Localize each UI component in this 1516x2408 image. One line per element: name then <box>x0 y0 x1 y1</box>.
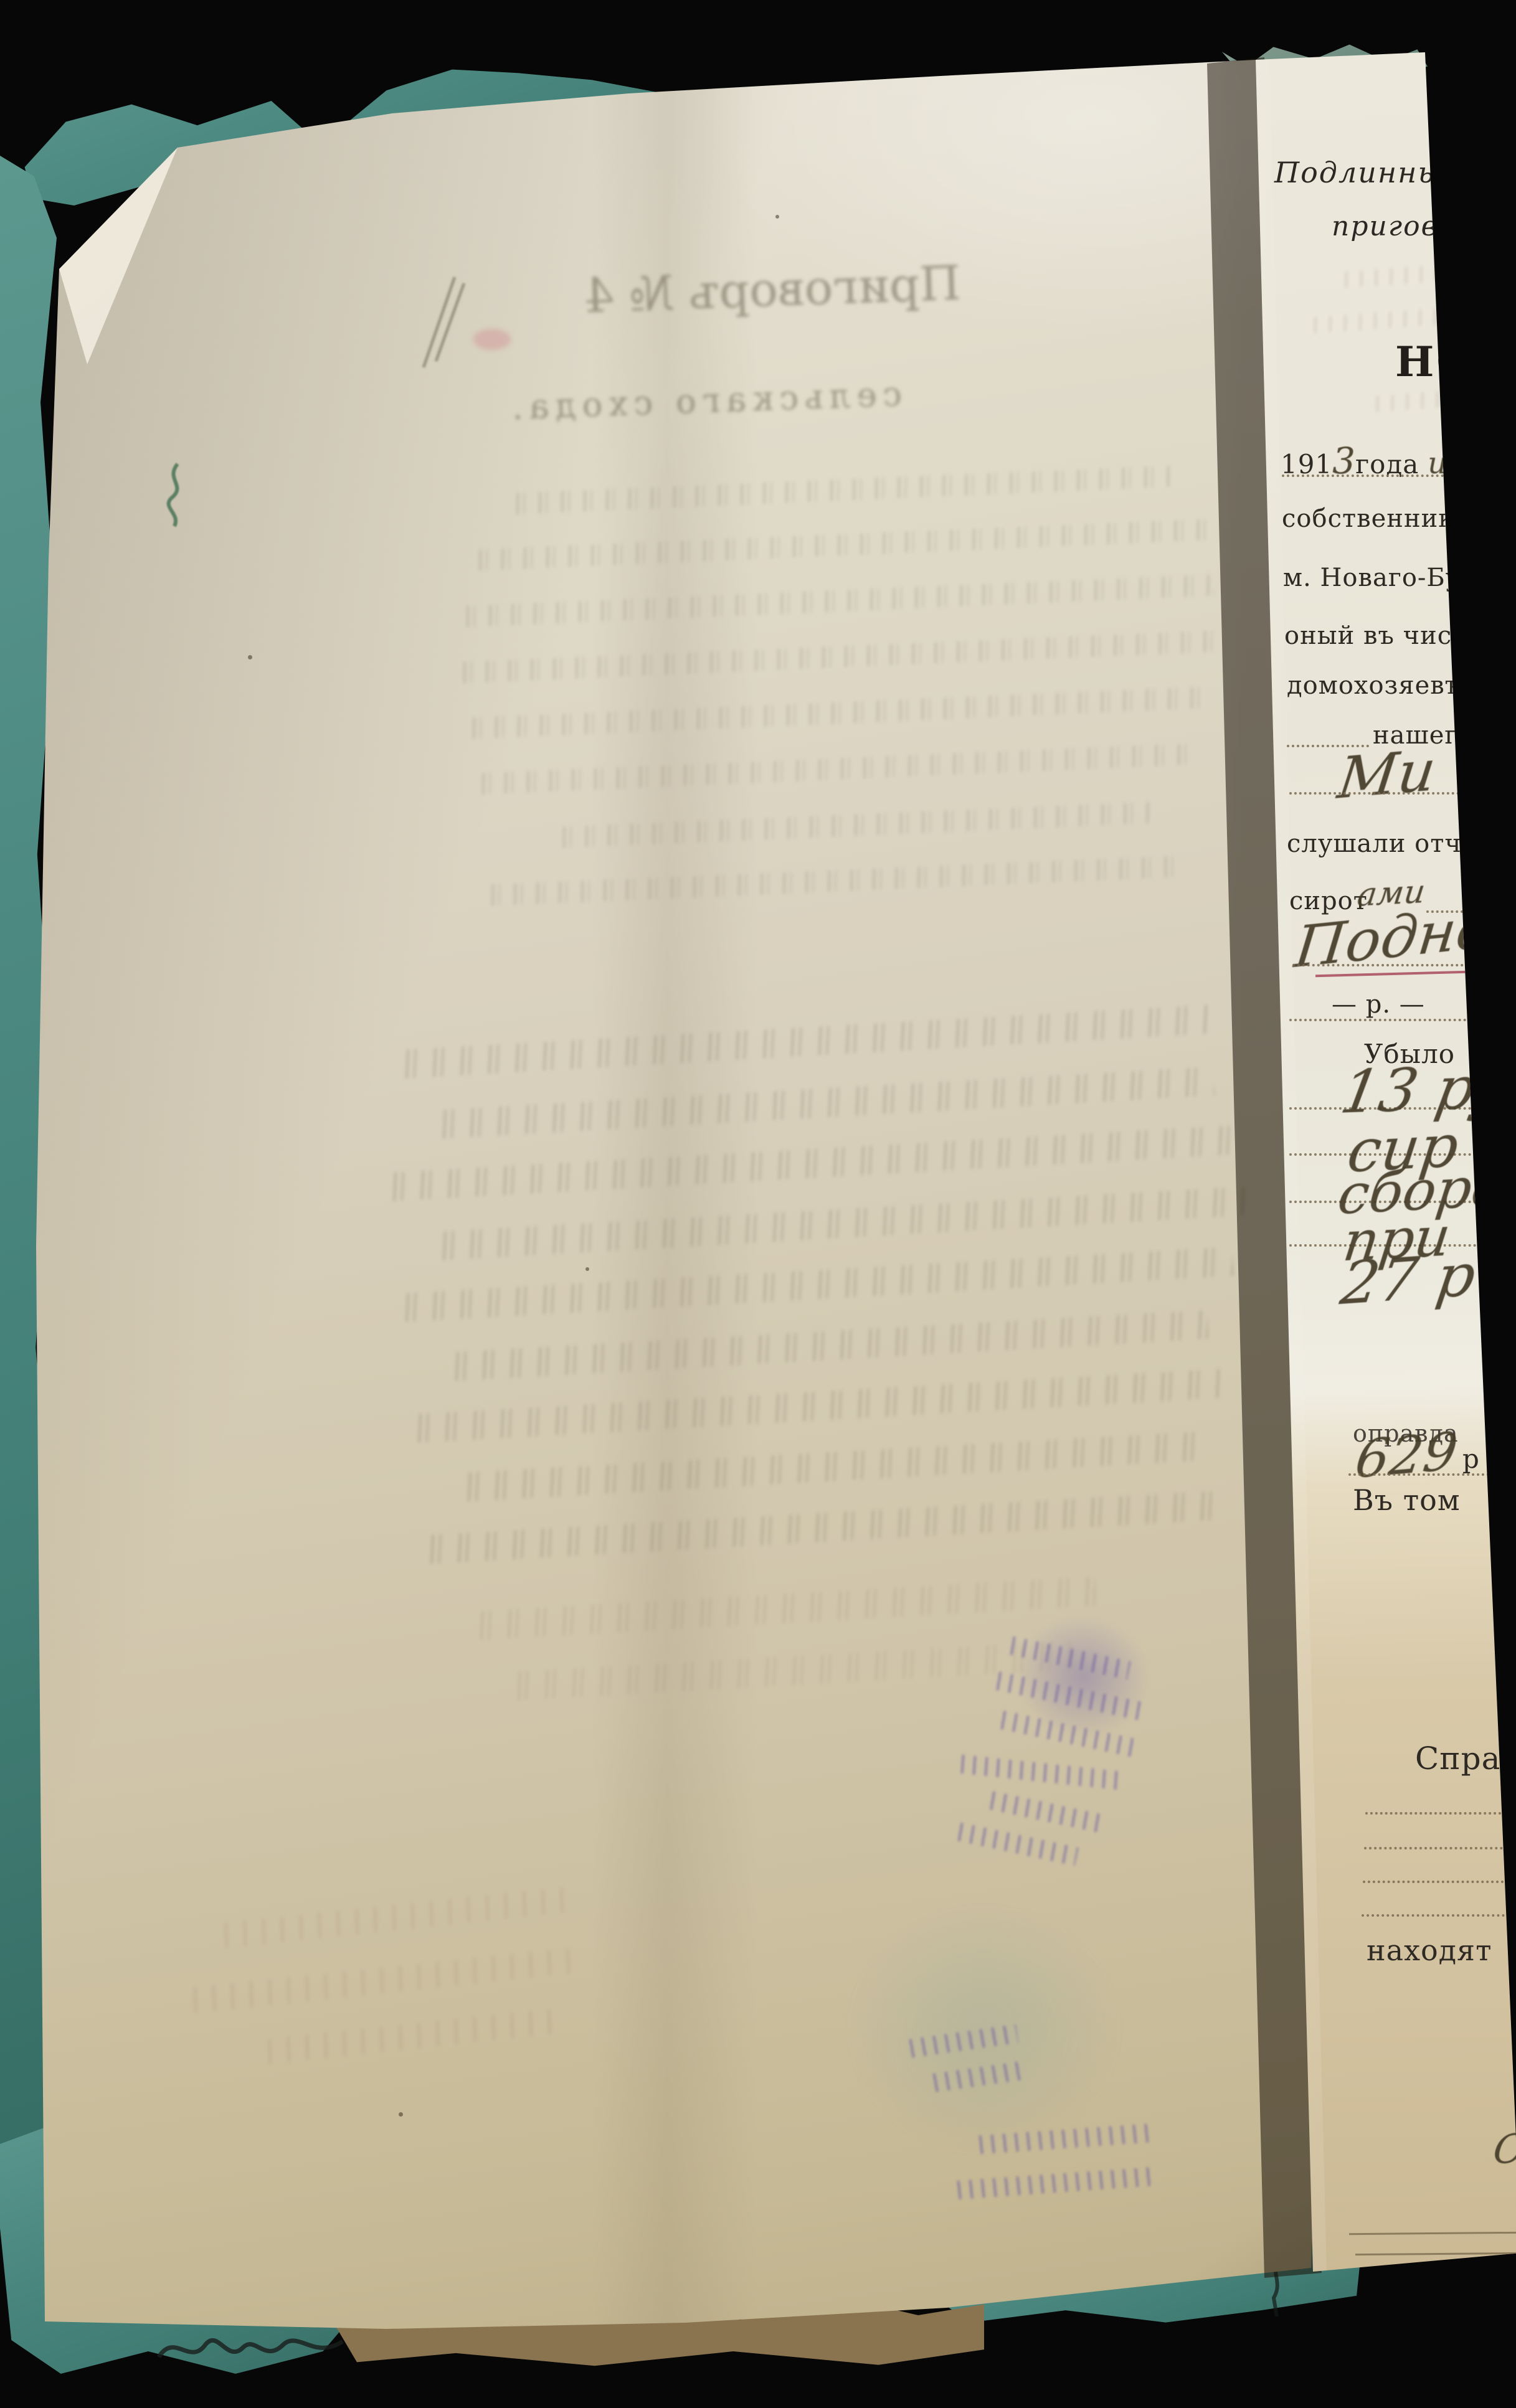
bleed-hand-row <box>448 1310 1209 1381</box>
bleed-print-row <box>511 466 1171 514</box>
stamp-text-row <box>953 1821 1079 1866</box>
bleed-hand-row <box>424 1491 1221 1564</box>
line-slushali: слушали отче <box>1287 829 1477 858</box>
bleed-hand-row <box>436 1187 1246 1260</box>
hand-mi: Ми <box>1334 737 1439 812</box>
heading-fragment: НО <box>1395 338 1475 386</box>
green-ink-mark <box>159 461 196 529</box>
speck <box>248 655 252 659</box>
dotted-leader <box>1362 1914 1516 1917</box>
dotted-leader <box>1348 1473 1504 1476</box>
bleed-sepia-row <box>217 1887 567 1948</box>
bleed-print-row <box>467 687 1205 739</box>
bleed-hand-row <box>386 1125 1246 1202</box>
line-nahodyat: находят <box>1367 1933 1492 1967</box>
line-v-tom: Въ том <box>1353 1483 1461 1517</box>
bleed-print-row <box>486 856 1174 906</box>
violet-stamp-mirror-text <box>950 2122 1180 2237</box>
bleed-hand-row <box>399 1247 1233 1323</box>
dotted-leader <box>1365 1812 1516 1815</box>
stamp-text-row <box>953 2167 1153 2199</box>
hand-629: 629 <box>1352 1420 1461 1490</box>
stamp-text-row <box>929 2061 1024 2093</box>
line-novago: м. Новаго-Бу <box>1283 564 1461 592</box>
dotted-leader <box>1364 1847 1516 1849</box>
bleed-hand-row <box>399 1005 1209 1079</box>
bleed-hand-row <box>411 1369 1221 1443</box>
caption-podlinnyj: Подлинный <box>1274 156 1462 189</box>
speck <box>399 2112 403 2117</box>
caption-prigovor: приговоръ <box>1332 210 1494 242</box>
pink-smudge <box>473 329 511 350</box>
violet-stamp-smudge <box>937 1594 1200 1899</box>
stamp-text-row <box>985 1790 1104 1833</box>
line-rub-dash: — р. — <box>1332 990 1425 1019</box>
line-onyj: оный въ чис <box>1284 621 1452 650</box>
line-spra: Спра <box>1415 1740 1500 1777</box>
bleed-print-row <box>458 631 1215 684</box>
bleed-sepia-row <box>187 1947 586 2014</box>
form-rule <box>1349 2232 1516 2235</box>
dotted-leader <box>1289 1019 1516 1021</box>
right-bleed-row <box>1370 389 1482 412</box>
right-bleed-row <box>1338 263 1464 288</box>
line-sobstvenniki: собственники <box>1282 504 1472 533</box>
bleed-hand-row <box>461 1432 1209 1502</box>
ink-scribble-on-cover <box>156 2320 349 2376</box>
dotted-leader <box>1363 1881 1516 1883</box>
bleed-title-line1: Приговоръ № 4 <box>547 253 998 324</box>
right-bleed-row <box>1307 305 1482 333</box>
line-domohoz: домохозяевъ, <box>1287 671 1470 700</box>
dotted-leader <box>1289 792 1514 795</box>
dotted-leader <box>1282 475 1494 477</box>
bleed-print-row <box>473 519 1208 570</box>
hand-s: С <box>1490 2126 1516 2173</box>
form-rule <box>1355 2252 1516 2255</box>
bleed-hand-row <box>436 1067 1215 1139</box>
bleed-print-row <box>461 575 1215 628</box>
bleed-sepia-row <box>261 2008 561 2064</box>
stamp-text-row <box>956 1754 1119 1790</box>
bleed-print-row <box>476 744 1193 795</box>
hand-27r: 27 р <box>1337 1241 1480 1319</box>
speck <box>775 215 779 219</box>
dotted-leader <box>1292 964 1516 966</box>
bleed-title-line2: сельскаго схода. <box>435 372 972 430</box>
archival-document-photo: Приговоръ № 4 сельскаго схода. <box>0 0 1516 2408</box>
pencil-stroke-mark <box>411 274 467 374</box>
bleed-print-row <box>557 802 1153 848</box>
line-r-unit: р <box>1462 1443 1480 1474</box>
speck <box>585 1267 589 1271</box>
